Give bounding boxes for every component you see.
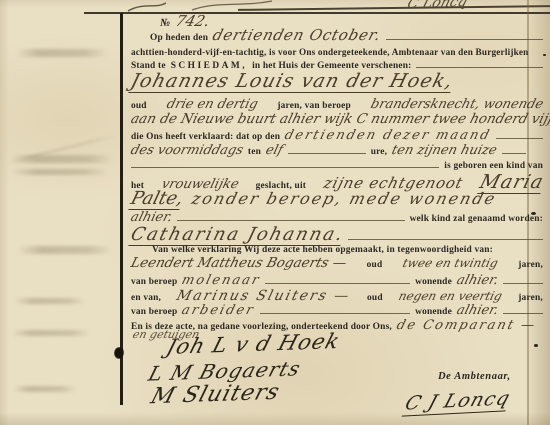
signature-row-2: L M Bogaerts [150, 361, 300, 381]
cutoff-pen-flourish [122, 0, 322, 12]
fill-in-rule [131, 166, 439, 168]
hw-mother-residence: alhier. [129, 211, 174, 224]
printed-jaren-van-beroep: jaren, van beroep [277, 101, 351, 111]
signature-witness2: M Sluiters [148, 382, 282, 408]
official-title-row: De Ambtenaar, [438, 371, 511, 382]
printed-year-line: achttien-honderd-vijf-en-tachtig, is voo… [131, 47, 528, 57]
hw-time-of-day: des voormiddags [129, 144, 244, 157]
fill-in-rule [386, 38, 543, 40]
ink-speck [534, 344, 538, 347]
hw-mother-occupation: zonder beroep, mede wonende [190, 191, 499, 207]
signature-official: C J Loncq [402, 389, 513, 416]
fill-in-rule [288, 152, 366, 154]
printed-van-beroep: van beroep [131, 307, 177, 317]
hw-declarant-address: aan de Nieuwe buurt alhier wijk C nummer… [129, 113, 550, 127]
printed-oud: oud [367, 293, 383, 303]
bleedthrough-mark [13, 386, 77, 392]
hw-witness2-occupation: arbeider [181, 304, 257, 317]
date-line: Op heden den dertienden October. [150, 28, 543, 43]
hw-birth-day: dertienden dezer maand [283, 129, 492, 142]
printed-de-ambtenaar: De Ambtenaar, [438, 371, 511, 382]
bleedthrough-mark [11, 330, 91, 336]
declarant-name-line: Johannes Louis van der Hoek, [131, 72, 453, 93]
hw-witness1-name: Leendert Mattheus Bogaerts — [129, 257, 348, 271]
witness1-name-line: Leendert Mattheus Bogaerts — oud twee en… [131, 257, 543, 271]
fill-in-rule [265, 282, 410, 284]
fill-in-rule [503, 312, 543, 314]
fill-in-rule [496, 137, 543, 139]
printed-op-heden-den: Op heden den [150, 33, 208, 43]
birth-time-line: des voormiddags ten elf ure, ten zijnen … [131, 144, 543, 157]
bleedthrough-mark [14, 298, 86, 304]
printed-is-geboren: is geboren een kind van [444, 161, 543, 171]
hw-birth-place: ten zijnen huize [390, 144, 498, 157]
declarant-address-line: aan de Nieuwe buurt alhier wijk C nummer… [131, 113, 550, 127]
printed-welk-kind: welk kind zal genaamd worden: [410, 214, 543, 224]
fill-in-rule [416, 66, 543, 68]
declaration-date-line: die Ons heeft verklaard: dat op den dert… [131, 129, 543, 142]
printed-oud: oud [367, 260, 383, 270]
printed-oud: oud [131, 101, 147, 111]
printed-ten: ten [248, 147, 261, 157]
hw-witness1-occupation: molenaar [181, 274, 263, 287]
printed-jaren: jaren, [518, 260, 543, 270]
hw-declarant-occupation: brandersknecht, wonende [369, 98, 545, 111]
hw-mother-last-name: Palte, [128, 190, 185, 210]
act-number-row: № 742. [160, 14, 210, 29]
act-number: 742. [174, 14, 211, 29]
hw-child-name: Catharina Johanna. [128, 226, 346, 246]
witness2-occupation-line: van beroep arbeider wonende alhier. [131, 304, 543, 317]
fill-in-rule [177, 219, 405, 221]
year-line: achttien-honderd-vijf-en-tachtig, is voo… [131, 47, 528, 57]
birth-certificate-scan: C Loncq № 742. Op heden den dertienden O… [0, 0, 550, 425]
corner-signature-row: C Loncq [408, 0, 467, 10]
printed-wonende: wonende [415, 307, 452, 317]
bleedthrough-mark [16, 49, 108, 57]
printed-en-van: en van, [131, 293, 161, 303]
mother-name-line: Palte, zonder beroep, mede wonende [131, 190, 497, 210]
is-geboren-line: is geboren een kind van [131, 161, 543, 171]
fill-in-rule [348, 238, 543, 240]
hw-witness1-residence: alhier. [455, 274, 500, 287]
hw-witness2-name: Marinus Sluiters — [175, 289, 352, 303]
printed-jaren: jaren, [518, 293, 543, 303]
ink-blot [114, 347, 124, 359]
ink-speck [543, 54, 546, 56]
child-name-line: Catharina Johanna. [131, 226, 543, 246]
printed-van-beroep: van beroep [131, 277, 177, 287]
printed-wonende: wonende [415, 277, 452, 287]
hw-witness2-residence: alhier. [455, 304, 500, 317]
hw-comparant: de Comparant — [395, 319, 537, 332]
signature-row-3: M Sluiters [152, 384, 279, 406]
hw-witness2-age: negen en veertig [397, 290, 503, 302]
declarant-age-occupation-line: oud drie en dertig jaren, van beroep bra… [131, 98, 543, 111]
hw-date: dertienden October. [211, 28, 383, 43]
hw-witness1-age: twee en twintig [401, 257, 499, 269]
fill-in-rule [503, 282, 543, 284]
signature-declarant: Joh L v d Hoek [164, 331, 343, 358]
signature-row-1: Joh L v d Hoek [168, 334, 339, 355]
witness-intro-line: Van welke verklaring Wij deze acte hebbe… [152, 245, 493, 255]
printed-van-welke: Van welke verklaring Wij deze acte hebbe… [152, 245, 493, 255]
naming-line: alhier. welk kind zal genaamd worden: [131, 211, 543, 224]
fill-in-rule [260, 312, 410, 314]
corner-signature: C Loncq [406, 0, 469, 11]
top-double-rule-lower [84, 12, 550, 14]
hw-declarant-age: drie en dertig [165, 98, 259, 111]
printed-ure: ure, [371, 147, 388, 157]
official-signature-row: C J Loncq [406, 392, 508, 414]
fill-in-rule [502, 152, 526, 154]
witness1-occupation-line: van beroep molenaar wonende alhier. [131, 274, 543, 287]
printed-die-ons: die Ons heeft verklaard: dat op den [131, 132, 280, 142]
hw-declarant-name: Johannes Louis van der Hoek, [128, 72, 455, 93]
bleedthrough-mark [12, 169, 108, 175]
hw-hour: elf [264, 144, 284, 157]
witness2-name-line: en van, Marinus Sluiters — oud negen en … [131, 289, 543, 303]
bleedthrough-mark [17, 246, 113, 254]
